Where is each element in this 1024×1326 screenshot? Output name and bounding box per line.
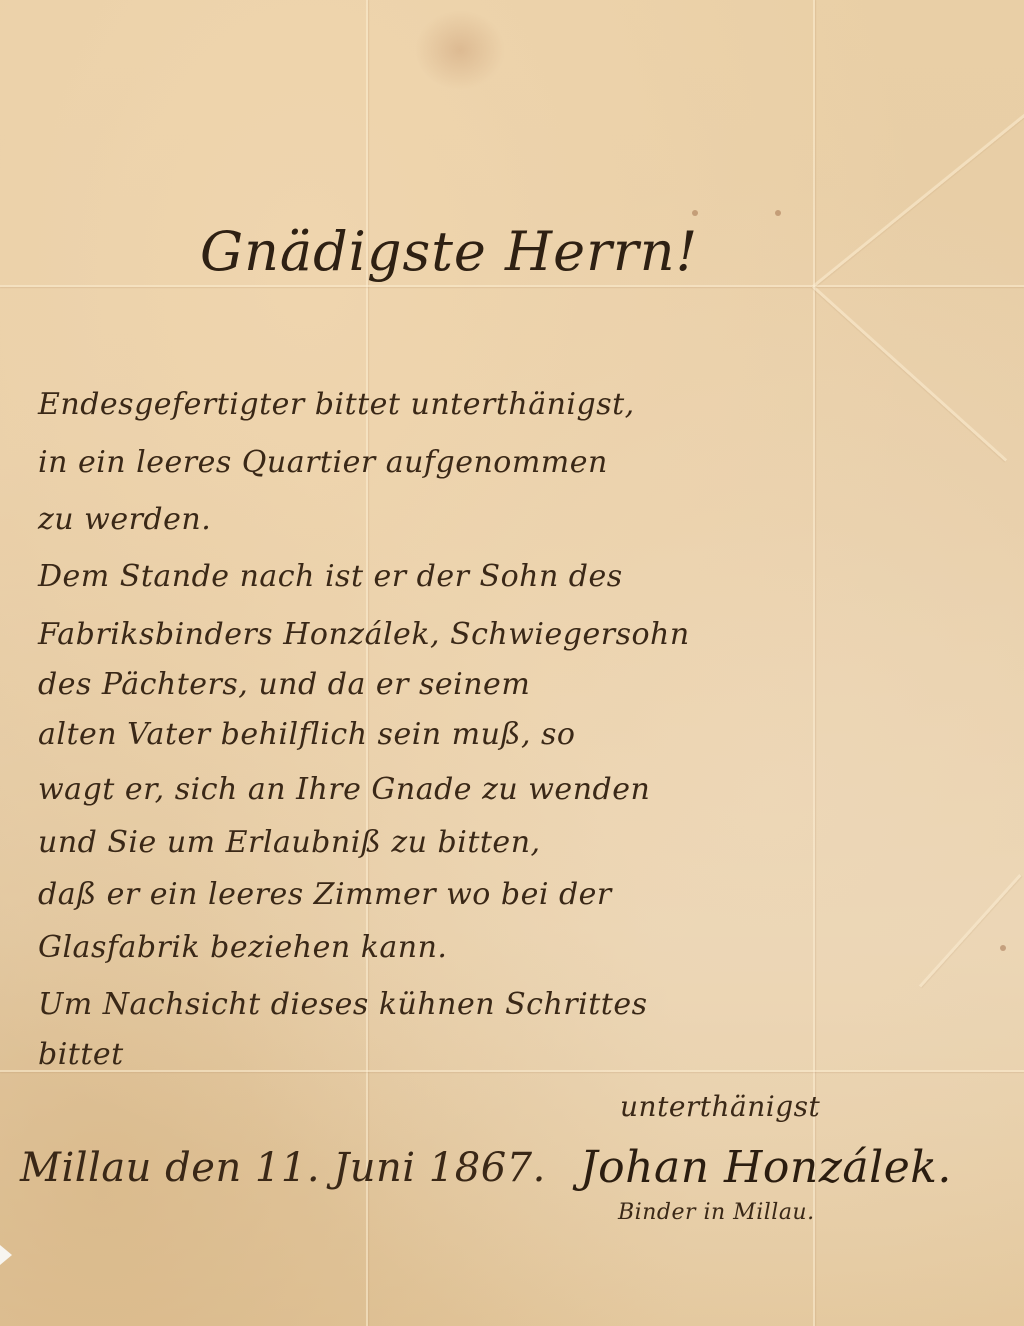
fold-crease-diagonal-upper	[812, 109, 1024, 288]
paper-spot	[775, 210, 781, 216]
body-line: wagt er, sich an Ihre Gnade zu wenden	[38, 775, 650, 805]
body-line: zu werden.	[38, 505, 211, 535]
paper-spot	[692, 210, 698, 216]
body-line: bittet	[38, 1040, 124, 1070]
signature: Johan Honzálek.	[580, 1142, 952, 1193]
paper-spot	[1000, 945, 1006, 951]
salutation: Gnädigste Herrn!	[200, 220, 698, 283]
fold-crease-diagonal-bottom-right	[919, 874, 1022, 987]
place-date: Millau den 11. Juni 1867.	[20, 1145, 546, 1191]
paper-tear	[0, 1245, 12, 1265]
closing: unterthänigst	[620, 1090, 820, 1123]
body-line: in ein leeres Quartier aufgenommen	[38, 448, 608, 478]
body-line: Dem Stande nach ist er der Sohn des	[38, 562, 623, 592]
fold-crease-vertical-left	[366, 0, 368, 1326]
body-line: alten Vater behilflich sein muß, so	[38, 720, 576, 750]
fold-crease-horizontal-top	[0, 285, 1024, 287]
fold-crease-horizontal-bottom	[0, 1070, 1024, 1072]
body-line: Endesgefertigter bittet unterthänigst,	[38, 390, 635, 420]
fold-crease-vertical-right	[813, 0, 815, 1326]
letter-paper: Gnädigste Herrn! Endesgefertigter bittet…	[0, 0, 1024, 1326]
body-line: Glasfabrik beziehen kann.	[38, 933, 447, 963]
signature-title: Binder in Millau.	[618, 1200, 815, 1225]
body-line: Um Nachsicht dieses kühnen Schrittes	[38, 990, 648, 1020]
body-line: und Sie um Erlaubniß zu bitten,	[38, 828, 541, 858]
paper-stain	[415, 10, 505, 90]
body-line: Fabriksbinders Honzálek, Schwiegersohn	[38, 620, 690, 650]
body-line: des Pächters, und da er seinem	[38, 670, 530, 700]
fold-crease-diagonal-lower	[812, 285, 1007, 461]
body-line: daß er ein leeres Zimmer wo bei der	[38, 880, 612, 910]
